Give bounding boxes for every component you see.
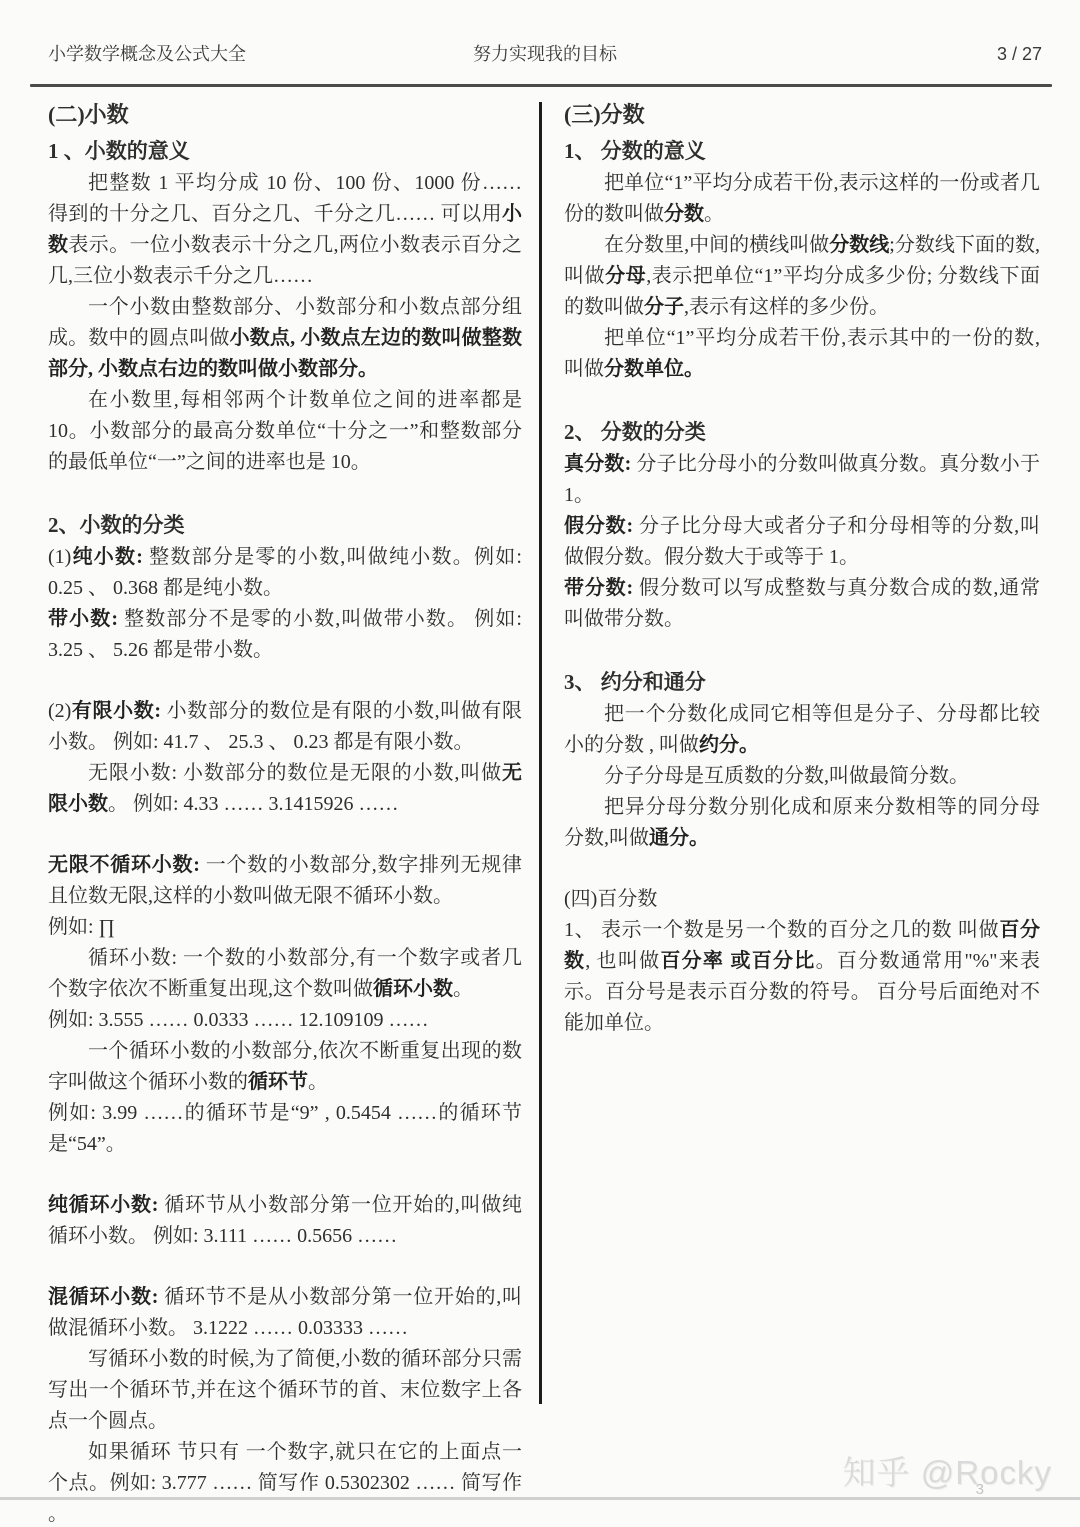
paragraph: 把异分母分数分别化成和原来分数相等的同分母分数,叫做通分。 bbox=[564, 792, 1040, 854]
section-heading-decimals: (二)小数 bbox=[48, 98, 522, 132]
bold-term: 分数单位。 bbox=[604, 358, 704, 380]
paragraph: 在分数里,中间的横线叫做分数线;分数线下面的数,叫做分母,表示把单位“1”平均分… bbox=[564, 230, 1040, 323]
column-divider bbox=[539, 102, 542, 1404]
subheading-decimal-meaning: 1 、小数的意义 bbox=[48, 134, 522, 168]
text-run: 1、 分数的意义 bbox=[564, 139, 706, 163]
subheading-decimal-types: 2、小数的分类 bbox=[48, 508, 522, 542]
paragraph: 例如: ∏ bbox=[48, 912, 522, 943]
paragraph: 混循环小数: 循环节不是从小数部分第一位开始的,叫做混循环小数。 3.1222 … bbox=[48, 1282, 522, 1344]
bold-term: 分子 bbox=[644, 296, 684, 318]
paragraph: 把一个分数化成同它相等但是分子、分母都比较小的分数 , 叫做约分。 bbox=[564, 699, 1040, 761]
text-run: 1 、小数的意义 bbox=[48, 139, 190, 163]
text-run: 。 bbox=[704, 203, 724, 225]
bold-term: 循环小数 bbox=[373, 978, 453, 1000]
text-run: 把整数 1 平均分成 10 份、100 份、1000 份…… 得到的十分之几、百… bbox=[48, 172, 522, 225]
text-run: ,表示有这样的多少份。 bbox=[684, 296, 889, 318]
paragraph: 一个小数由整数部分、小数部分和小数点部分组成。数中的圆点叫做小数点, 小数点左边… bbox=[48, 292, 522, 385]
text-run: (二)小数 bbox=[48, 102, 129, 127]
bold-term: 假分数: bbox=[564, 515, 633, 537]
paragraph: 写循环小数的时候,为了简便,小数的循环部分只需写出一个循环节,并在这个循环节的首… bbox=[48, 1344, 522, 1437]
text-run: 写循环小数的时候,为了简便,小数的循环部分只需写出一个循环节,并在这个循环节的首… bbox=[48, 1348, 522, 1432]
paragraph: 把整数 1 平均分成 10 份、100 份、1000 份…… 得到的十分之几、百… bbox=[48, 168, 522, 292]
text-run: 3、 约分和通分 bbox=[564, 670, 706, 694]
bold-term: 混循环小数: bbox=[48, 1286, 158, 1308]
text-run: 。 bbox=[308, 1071, 328, 1093]
text-run: (四)百分数 bbox=[564, 888, 657, 910]
text-run: 假分数可以写成整数与真分数合成的数,通常叫做带分数。 bbox=[564, 577, 1040, 630]
text-run: 把异分母分数分别化成和原来分数相等的同分母分数,叫做 bbox=[564, 796, 1040, 849]
text-run: 把一个分数化成同它相等但是分子、分母都比较小的分数 , 叫做 bbox=[564, 703, 1040, 756]
text-run: (三)分数 bbox=[564, 102, 645, 127]
text-run: 例如: ∏ bbox=[48, 916, 115, 938]
bold-term: 有限小数: bbox=[71, 700, 161, 722]
text-run: 整数部分不是零的小数,叫做带小数。 例如: 3.25 、 5.26 都是带小数。 bbox=[48, 608, 522, 661]
text-run: 。 例如: 4.33 …… 3.1415926 …… bbox=[108, 793, 399, 815]
text-run: 把单位“1”平均分成若干份,表示这样的一份或者几份的数叫做 bbox=[564, 172, 1040, 225]
paragraph: 1、 表示一个数是另一个数的百分之几的数 叫做百分数, 也叫做百分率 或百分比。… bbox=[564, 915, 1040, 1039]
footer-page-number: 3 bbox=[976, 1481, 984, 1498]
page-header: 小学数学概念及公式大全 努力实现我的目标 3 / 27 bbox=[48, 40, 1042, 66]
text-run: 如果循环 节只有 一个数字,就只在它的上面点一个点。例如: 3.777 …… 简… bbox=[48, 1441, 522, 1525]
paragraph: 无限小数: 小数部分的数位是无限的小数,叫做无限小数。 例如: 4.33 …… … bbox=[48, 758, 522, 820]
paragraph: 循环小数: 一个数的小数部分,有一个数字或者几个数字依次不断重复出现,这个数叫做… bbox=[48, 943, 522, 1005]
left-column: (二)小数1 、小数的意义把整数 1 平均分成 10 份、100 份、1000 … bbox=[48, 98, 522, 1527]
subheading-fraction-types: 2、 分数的分类 bbox=[564, 415, 1040, 449]
text-run: 分子分母是互质数的分数,叫做最简分数。 bbox=[604, 765, 969, 787]
text-run: 例如: 3.99 ……的循环节是“9” , 0.5454 ……的循环节是“54”… bbox=[48, 1102, 522, 1155]
text-run: 分子比分母小的分数叫做真分数。真分数小于 1。 bbox=[564, 453, 1040, 506]
text-run: (1) bbox=[48, 546, 71, 568]
bold-term: 分数线 bbox=[829, 234, 889, 256]
section-heading-percent: (四)百分数 bbox=[564, 884, 1040, 915]
paragraph: 真分数: 分子比分母小的分数叫做真分数。真分数小于 1。 bbox=[564, 449, 1040, 511]
paragraph: 如果循环 节只有 一个数字,就只在它的上面点一个点。例如: 3.777 …… 简… bbox=[48, 1437, 522, 1527]
bold-term: 通分。 bbox=[649, 827, 709, 849]
two-column-body: (二)小数1 、小数的意义把整数 1 平均分成 10 份、100 份、1000 … bbox=[48, 98, 1040, 1527]
text-run: 例如: 3.555 …… 0.0333 …… 12.109109 …… bbox=[48, 1009, 429, 1031]
text-run: 在小数里,每相邻两个计数单位之间的进率都是 10。小数部分的最高分数单位“十分之… bbox=[48, 389, 522, 473]
paragraph: 带小数: 整数部分不是零的小数,叫做带小数。 例如: 3.25 、 5.26 都… bbox=[48, 604, 522, 666]
text-run: 分子比分母大或者分子和分母相等的分数,叫做假分数。假分数大于或等于 1。 bbox=[564, 515, 1040, 568]
subheading-fraction-meaning: 1、 分数的意义 bbox=[564, 134, 1040, 168]
header-divider bbox=[30, 84, 1052, 87]
document-page: 小学数学概念及公式大全 努力实现我的目标 3 / 27 (二)小数1 、小数的意… bbox=[0, 0, 1080, 1527]
header-motto: 努力实现我的目标 bbox=[48, 40, 1042, 66]
text-run: 表示。一位小数表示十分之几,两位小数表示百分之几,三位小数表示千分之几…… bbox=[48, 234, 522, 287]
text-run: 1、 表示一个数是另一个数的百分之几的数 叫做 bbox=[564, 919, 999, 941]
text-run: 。 bbox=[453, 978, 473, 1000]
bold-term: 循环节 bbox=[248, 1071, 308, 1093]
paragraph: (1)纯小数: 整数部分是零的小数,叫做纯小数。例如: 0.25 、 0.368… bbox=[48, 542, 522, 604]
watermark: 知乎 @Rocky bbox=[843, 1447, 1052, 1494]
bold-term: 约分。 bbox=[699, 734, 759, 756]
paragraph: 一个循环小数的小数部分,依次不断重复出现的数字叫做这个循环小数的循环节。 bbox=[48, 1036, 522, 1098]
text-run: 在分数里,中间的横线叫做 bbox=[604, 234, 829, 256]
text-run: , 也叫做 bbox=[585, 950, 660, 972]
text-run: 2、 分数的分类 bbox=[564, 420, 706, 444]
paragraph: 纯循环小数: 循环节从小数部分第一位开始的,叫做纯循环小数。 例如: 3.111… bbox=[48, 1190, 522, 1252]
text-run: 2、小数的分类 bbox=[48, 513, 185, 537]
paragraph: 把单位“1”平均分成若干份,表示这样的一份或者几份的数叫做分数。 bbox=[564, 168, 1040, 230]
right-column: (三)分数1、 分数的意义把单位“1”平均分成若干份,表示这样的一份或者几份的数… bbox=[564, 98, 1040, 1039]
subheading-reduce-common: 3、 约分和通分 bbox=[564, 665, 1040, 699]
bold-term: 分数 bbox=[664, 203, 704, 225]
bold-term: 真分数: bbox=[564, 453, 631, 475]
bold-term: 分母 bbox=[605, 265, 646, 287]
paragraph: 把单位“1”平均分成若干份,表示其中的一份的数,叫做分数单位。 bbox=[564, 323, 1040, 385]
paragraph: 例如: 3.99 ……的循环节是“9” , 0.5454 ……的循环节是“54”… bbox=[48, 1098, 522, 1160]
paragraph: 假分数: 分子比分母大或者分子和分母相等的分数,叫做假分数。假分数大于或等于 1… bbox=[564, 511, 1040, 573]
bold-term: 带分数: bbox=[564, 577, 633, 599]
paragraph: 例如: 3.555 …… 0.0333 …… 12.109109 …… bbox=[48, 1005, 522, 1036]
bold-term: 纯循环小数: bbox=[48, 1194, 158, 1216]
section-heading-fractions: (三)分数 bbox=[564, 98, 1040, 132]
bold-term: 无限不循环小数: bbox=[48, 854, 200, 876]
text-run: (2) bbox=[48, 700, 71, 722]
paragraph: 带分数: 假分数可以写成整数与真分数合成的数,通常叫做带分数。 bbox=[564, 573, 1040, 635]
text-run: 无限小数: 小数部分的数位是无限的小数,叫做 bbox=[88, 762, 502, 784]
bold-term: 百分率 或百分比 bbox=[660, 950, 815, 972]
bold-term: 纯小数: bbox=[71, 546, 143, 568]
bold-term: 带小数: bbox=[48, 608, 118, 630]
paragraph: 分子分母是互质数的分数,叫做最简分数。 bbox=[564, 761, 1040, 792]
paragraph: (2)有限小数: 小数部分的数位是有限的小数,叫做有限小数。 例如: 41.7 … bbox=[48, 696, 522, 758]
paragraph: 无限不循环小数: 一个数的小数部分,数字排列无规律且位数无限,这样的小数叫做无限… bbox=[48, 850, 522, 912]
paragraph: 在小数里,每相邻两个计数单位之间的进率都是 10。小数部分的最高分数单位“十分之… bbox=[48, 385, 522, 478]
footer-divider bbox=[0, 1497, 1080, 1500]
